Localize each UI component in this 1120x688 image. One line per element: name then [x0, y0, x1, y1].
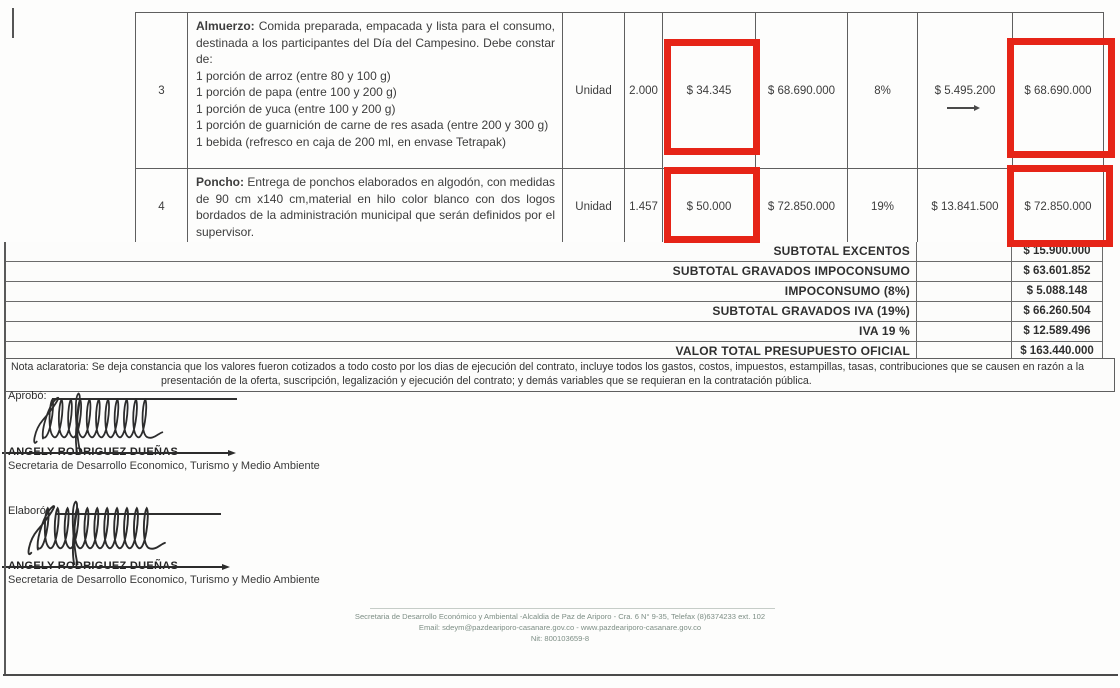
footer-separator-line	[370, 608, 775, 609]
summary-empty-cell	[917, 302, 1012, 321]
total-cell: $ 68.690.000	[756, 13, 848, 169]
signature-strike-line	[2, 452, 230, 454]
summary-label: SUBTOTAL EXCENTOS	[4, 242, 917, 261]
detail-line: 1 porción de arroz (entre 80 y 100 g)	[196, 68, 555, 85]
highlight-box-unit-price-row4	[664, 167, 760, 243]
detail-line: 1 porción de yuca (entre 100 y 200 g)	[196, 101, 555, 118]
tax-rate-cell: 8%	[848, 13, 918, 169]
summary-row: SUBTOTAL GRAVADOS IVA (19%) $ 66.260.504	[4, 302, 1103, 322]
item-description: Poncho: Entrega de ponchos elaborados en…	[188, 169, 563, 245]
footer-nit-line: Nit: 800103659-8	[0, 633, 1120, 644]
item-title: Almuerzo:	[196, 19, 255, 33]
summary-amount: $ 63.601.852	[1012, 262, 1103, 281]
total-cell: $ 72.850.000	[756, 169, 848, 245]
summary-empty-cell	[917, 262, 1012, 281]
summary-empty-cell	[917, 322, 1012, 341]
footer-address-line: Secretaria de Desarrollo Económico y Amb…	[0, 611, 1120, 622]
summary-row: IMPOCONSUMO (8%) $ 5.088.148	[4, 282, 1103, 302]
item-number: 3	[136, 13, 188, 169]
summary-label: IVA 19 %	[4, 322, 917, 341]
summary-empty-cell	[917, 282, 1012, 301]
item-number: 4	[136, 169, 188, 245]
tax-amount-cell: $ 13.841.500	[918, 169, 1013, 245]
summary-amount: $ 5.088.148	[1012, 282, 1103, 301]
signer-title: Secretaria de Desarrollo Economico, Turi…	[8, 460, 320, 472]
page-bottom-border	[3, 674, 1118, 676]
detail-line: 1 bebida (refresco en caja de 200 ml, en…	[196, 134, 555, 151]
clarification-note-text: Nota aclaratoria: Se deja constancia que…	[11, 361, 1108, 388]
footer: Secretaria de Desarrollo Económico y Amb…	[0, 611, 1120, 644]
detail-line: 1 porción de guarnición de carne de res …	[196, 117, 555, 134]
description-intro: Poncho: Entrega de ponchos elaborados en…	[196, 174, 555, 240]
item-title: Poncho:	[196, 175, 244, 189]
quantity-cell: 2.000	[625, 13, 663, 169]
summary-row: SUBTOTAL GRAVADOS IMPOCONSUMO $ 63.601.8…	[4, 262, 1103, 282]
summary-amount: $ 12.589.496	[1012, 322, 1103, 341]
summary-label: SUBTOTAL GRAVADOS IMPOCONSUMO	[4, 262, 917, 281]
tax-amount-underline-arrow	[947, 107, 975, 109]
items-table: 3 Almuerzo: Comida preparada, empacada y…	[135, 12, 1104, 245]
detail-line: 1 porción de papa (entre 100 y 200 g)	[196, 84, 555, 101]
footer-contact-line: Email: sdeym@pazdeariporo-casanare.gov.c…	[0, 622, 1120, 633]
summary-row: IVA 19 % $ 12.589.496	[4, 322, 1103, 342]
page-left-border	[4, 242, 6, 676]
signature-prepared	[6, 500, 238, 566]
summary-section: SUBTOTAL EXCENTOS $ 15.900.000 SUBTOTAL …	[4, 242, 1103, 362]
table-row: 4 Poncho: Entrega de ponchos elaborados …	[136, 169, 1104, 245]
quantity-cell: 1.457	[625, 169, 663, 245]
unit-cell: Unidad	[563, 169, 625, 245]
clarification-note-box: Nota aclaratoria: Se deja constancia que…	[4, 358, 1115, 392]
highlight-box-final-total-row4	[1007, 165, 1113, 247]
summary-label: SUBTOTAL GRAVADOS IVA (19%)	[4, 302, 917, 321]
summary-amount: $ 66.260.504	[1012, 302, 1103, 321]
highlight-box-final-total-row3	[1007, 38, 1115, 158]
tax-rate-cell: 19%	[848, 169, 918, 245]
table-row: 3 Almuerzo: Comida preparada, empacada y…	[136, 13, 1104, 169]
description-intro: Almuerzo: Comida preparada, empacada y l…	[196, 18, 555, 68]
signer-title: Secretaria de Desarrollo Economico, Turi…	[8, 574, 320, 586]
signature-strike-line	[2, 566, 224, 568]
summary-row: SUBTOTAL EXCENTOS $ 15.900.000	[4, 242, 1103, 262]
document-page: 3 Almuerzo: Comida preparada, empacada y…	[0, 0, 1120, 688]
item-description: Almuerzo: Comida preparada, empacada y l…	[188, 13, 563, 169]
highlight-box-unit-price-row3	[664, 39, 760, 155]
tax-amount-cell: $ 5.495.200	[918, 13, 1013, 169]
unit-cell: Unidad	[563, 13, 625, 169]
signature-approved	[6, 392, 238, 454]
scan-artifact-mark	[12, 8, 14, 38]
summary-empty-cell	[917, 242, 1012, 261]
summary-label: IMPOCONSUMO (8%)	[4, 282, 917, 301]
